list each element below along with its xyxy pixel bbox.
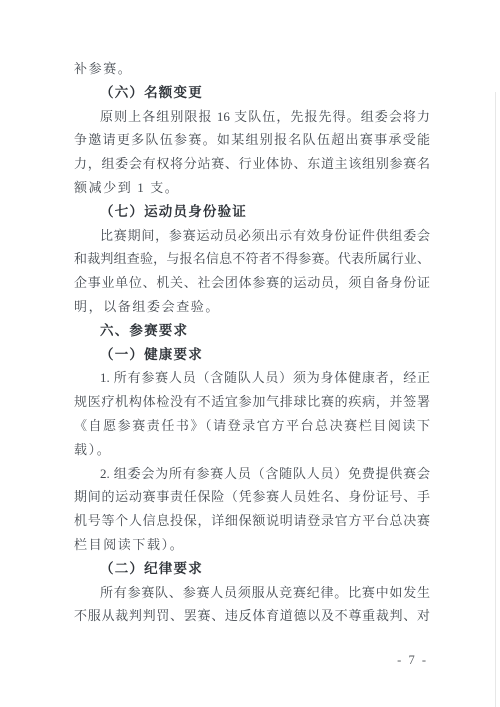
- text-line: 规医疗机构体检没有不适宜参加气排球比赛的疾病，并签署: [74, 390, 430, 414]
- page-number: - 7 -: [397, 652, 428, 668]
- paragraph: 2. 组委会为所有参赛人员（含随队人员）免费提供赛会 期间的运动赛事责任保险（凭…: [74, 462, 430, 557]
- heading-discipline-requirements: （二）纪律要求: [74, 557, 430, 581]
- text-line: 明，以备组委会查验。: [74, 295, 430, 319]
- text-line: 所有参赛队、参赛人员须服从竞赛纪律。比赛中如发生: [74, 581, 430, 605]
- heading-participation-requirements: 六、参赛要求: [74, 319, 430, 343]
- text-line: 不服从裁判判罚、罢赛、违反体育道德以及不尊重裁判、对: [74, 604, 430, 628]
- text-line: 机号等个人信息投保，详细保额说明请登录官方平台总决赛: [74, 509, 430, 533]
- text-line: 企事业单位、机关、社会团体参赛的运动员，须自备身份证: [74, 271, 430, 295]
- text-line: 载）。: [74, 438, 430, 462]
- paragraph: 1. 所有参赛人员（含随队人员）须为身体健康者，经正 规医疗机构体检没有不适宜参…: [74, 366, 430, 461]
- document-page: 补参赛。 （六）名额变更 原则上各组别限报 16 支队伍，先报先得。组委会将力 …: [0, 0, 500, 707]
- text-line: 栏目阅读下载）。: [74, 533, 430, 557]
- heading-quota-change: （六）名额变更: [74, 81, 430, 105]
- text-line: 和裁判组查验，与报名信息不符者不得参赛。代表所属行业、: [74, 247, 430, 271]
- text-line: 争邀请更多队伍参赛。如某组别报名队伍超出赛事承受能: [74, 128, 430, 152]
- paragraph: 补参赛。: [74, 57, 430, 81]
- text-line: 1. 所有参赛人员（含随队人员）须为身体健康者，经正: [74, 366, 430, 390]
- text-line: 力，组委会有权将分站赛、行业体协、东道主该组别参赛名: [74, 152, 430, 176]
- text-line: 补参赛。: [74, 57, 430, 81]
- document-body: 补参赛。 （六）名额变更 原则上各组别限报 16 支队伍，先报先得。组委会将力 …: [74, 57, 430, 628]
- text-line: 期间的运动赛事责任保险（凭参赛人员姓名、身份证号、手: [74, 485, 430, 509]
- paragraph: 比赛期间，参赛运动员必须出示有效身份证件供组委会 和裁判组查验，与报名信息不符者…: [74, 224, 430, 319]
- paragraph: 所有参赛队、参赛人员须服从竞赛纪律。比赛中如发生 不服从裁判判罚、罢赛、违反体育…: [74, 581, 430, 629]
- paragraph: 原则上各组别限报 16 支队伍，先报先得。组委会将力 争邀请更多队伍参赛。如某组…: [74, 105, 430, 200]
- text-line: 比赛期间，参赛运动员必须出示有效身份证件供组委会: [74, 224, 430, 248]
- text-line: 《自愿参赛责任书》（请登录官方平台总决赛栏目阅读下: [74, 414, 430, 438]
- heading-health-requirements: （一）健康要求: [74, 343, 430, 367]
- scan-artifact-line: [495, 92, 496, 707]
- text-line: 2. 组委会为所有参赛人员（含随队人员）免费提供赛会: [74, 462, 430, 486]
- text-line: 原则上各组别限报 16 支队伍，先报先得。组委会将力: [74, 105, 430, 129]
- heading-athlete-id-verification: （七）运动员身份验证: [74, 200, 430, 224]
- text-line: 额减少到 1 支。: [74, 176, 430, 200]
